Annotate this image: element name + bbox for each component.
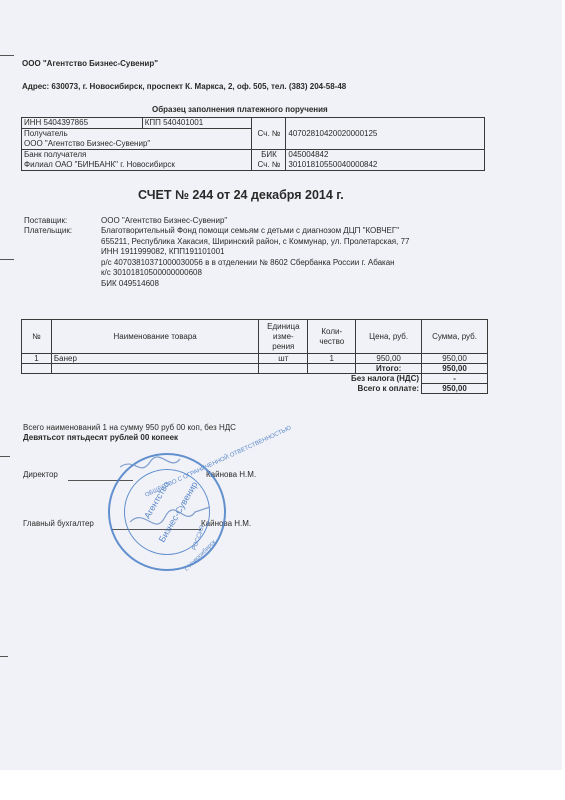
- amount-in-words: Девятьсот пятьдесят рублей 00 копеек: [23, 433, 178, 442]
- corr-account-value: 30101810550040000842: [286, 160, 485, 171]
- items-table: № Наименование товара Единица изме- рени…: [21, 319, 488, 394]
- bik-value: 045004842: [286, 150, 485, 161]
- payer-line: Благотворительный Фонд помощи семьям с д…: [101, 226, 409, 237]
- grand-total-value: 950,00: [422, 384, 488, 394]
- row-num: 1: [22, 354, 52, 364]
- bank-name: Филиал ОАО "БИНБАНК" г. Новосибирск: [22, 160, 252, 171]
- total-label: Итого:: [356, 364, 422, 374]
- grand-total-label: Всего к оплате:: [22, 384, 422, 394]
- payer-line: к/с 30101810500000000608: [101, 268, 409, 279]
- summary-line: Всего наименований 1 на сумму 950 руб 00…: [23, 423, 236, 432]
- vat-value: -: [422, 374, 488, 384]
- supplier-address: Адрес: 630073, г. Новосибирск, проспект …: [22, 82, 346, 91]
- punch-mark: [0, 259, 14, 260]
- kpp-cell: КПП 540401001: [142, 118, 252, 129]
- recipient-name: ООО "Агентство Бизнес-Сувенир": [22, 139, 252, 150]
- invoice-title: СЧЕТ № 244 от 24 декабря 2014 г.: [138, 188, 344, 202]
- recipient-label: Получатель: [22, 129, 252, 140]
- accountant-label: Главный бухгалтер: [23, 519, 94, 528]
- total-row: Итого: 950,00: [22, 364, 488, 374]
- director-label: Директор: [23, 470, 58, 479]
- handwritten-signature-icon: [100, 447, 240, 577]
- invoice-page: ООО "Агентство Бизнес-Сувенир" Адрес: 63…: [0, 0, 562, 770]
- corr-account-label: Сч. №: [252, 160, 286, 171]
- row-price: 950,00: [356, 354, 422, 364]
- col-header-num: №: [22, 320, 52, 354]
- col-header-price: Цена, руб.: [356, 320, 422, 354]
- col-header-sum: Сумма, руб.: [422, 320, 488, 354]
- payer-line: ИНН 1911999082, КПП191101001: [101, 247, 409, 258]
- payer-line: 655211, Республика Хакасия, Ширинский ра…: [101, 237, 409, 248]
- row-sum: 950,00: [422, 354, 488, 364]
- company-stamp: Агентство Бизнес-Сувенир ОБЩЕСТВО С ОГРА…: [108, 453, 226, 571]
- payer-label: Плательщик:: [24, 226, 72, 235]
- col-header-unit: Единица изме- рения: [259, 320, 308, 354]
- supplier-value: ООО "Агентство Бизнес-Сувенир": [101, 216, 227, 225]
- bank-details-table: ИНН 5404397865 КПП 540401001 Сч. № 40702…: [21, 117, 485, 171]
- grand-total-row: Всего к оплате: 950,00: [22, 384, 488, 394]
- punch-mark: [0, 55, 14, 56]
- col-header-qty: Коли- чество: [308, 320, 356, 354]
- payer-line: р/с 40703810371000030056 в в отделении №…: [101, 258, 409, 269]
- row-name: Банер: [51, 354, 258, 364]
- total-value: 950,00: [422, 364, 488, 374]
- supplier-name-header: ООО "Агентство Бизнес-Сувенир": [22, 59, 158, 68]
- supplier-label: Поставщик:: [24, 216, 67, 225]
- col-header-name: Наименование товара: [51, 320, 258, 354]
- payer-line: БИК 049514608: [101, 279, 409, 290]
- inn-cell: ИНН 5404397865: [22, 118, 143, 129]
- punch-mark: [0, 456, 10, 457]
- account-number: 40702810420020000125: [286, 118, 485, 150]
- row-unit: шт: [259, 354, 308, 364]
- bik-label: БИК: [252, 150, 286, 161]
- vat-label: Без налога (НДС): [22, 374, 422, 384]
- punch-mark: [0, 656, 8, 657]
- payer-details: Благотворительный Фонд помощи семьям с д…: [101, 226, 409, 289]
- table-row: 1 Банер шт 1 950,00 950,00: [22, 354, 488, 364]
- vat-row: Без налога (НДС) -: [22, 374, 488, 384]
- row-qty: 1: [308, 354, 356, 364]
- account-label: Сч. №: [252, 118, 286, 150]
- bank-label: Банк получателя: [22, 150, 252, 161]
- payment-sample-title: Образец заполнения платежного поручения: [152, 105, 328, 114]
